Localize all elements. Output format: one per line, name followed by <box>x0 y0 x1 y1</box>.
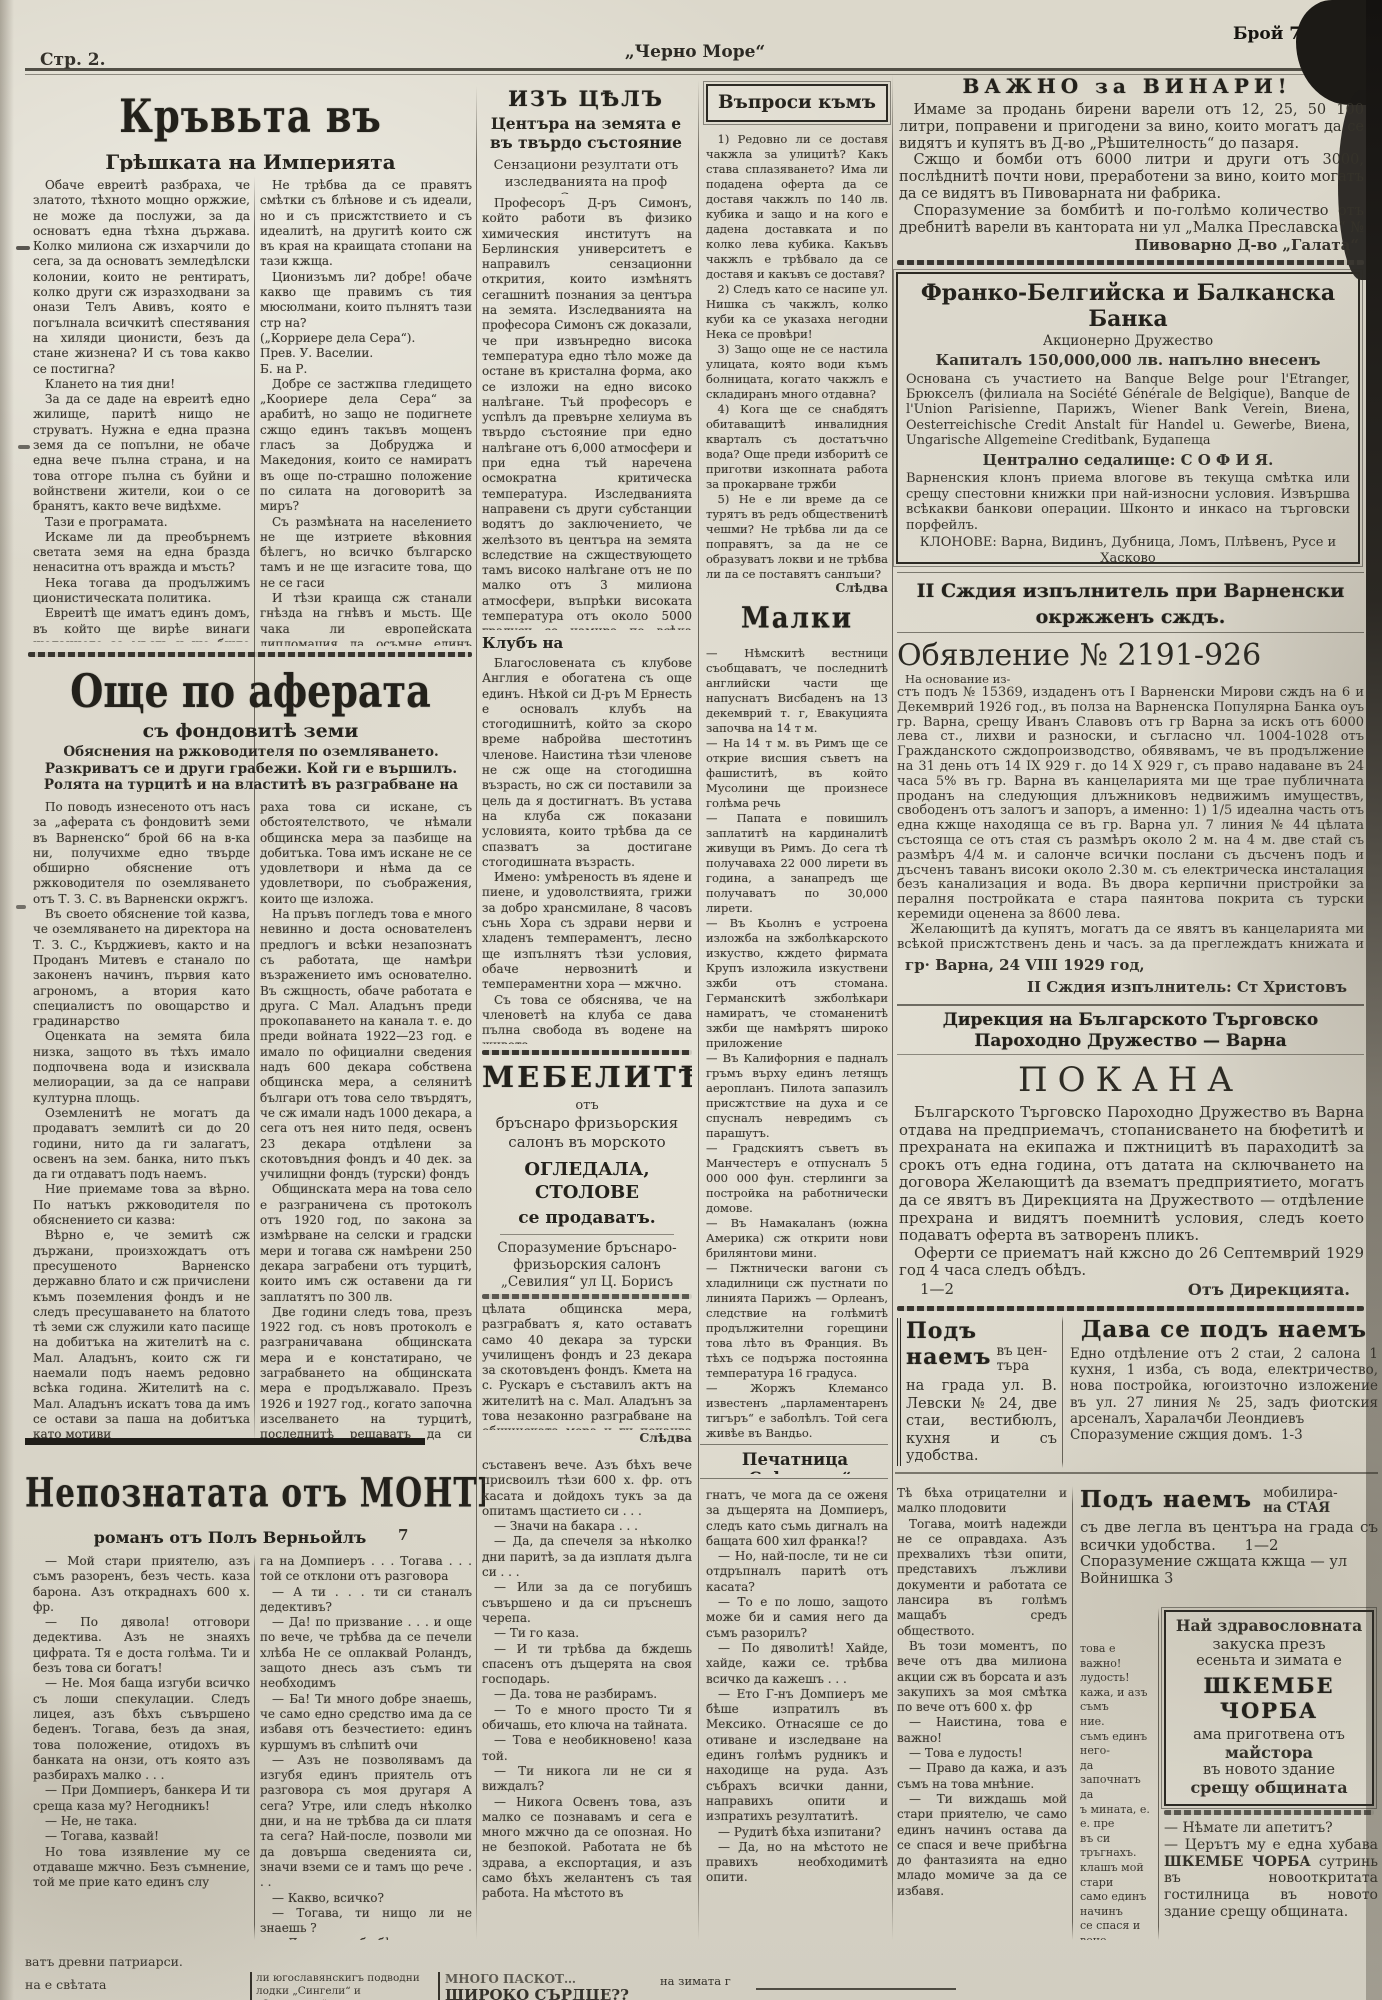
bottom-strip-right: на зимата г <box>660 1974 750 1990</box>
furniture-ad-line1: отъ <box>482 1098 692 1114</box>
rule <box>700 1478 888 1479</box>
bottom-strip-box: ли югославянскигъ подводни лодки „Сингел… <box>250 1972 440 2000</box>
rule <box>756 1988 956 1990</box>
column-rule <box>892 74 893 1940</box>
column-rule <box>254 176 255 1444</box>
world-subhead: Центъра на земята е въ твърдо състояние <box>480 114 692 156</box>
rent-ad-2-note: Споразумение сжщия домъ. 1-3 <box>1070 1427 1378 1443</box>
column-rule <box>698 80 699 1940</box>
rent-ad-3-side-1: мобилира- <box>1263 1486 1338 1501</box>
notice-body: стъ подъ № 15369, издаденъ отъ I Варненс… <box>897 686 1364 954</box>
affair-article-column-2: раха това си искане, съ обстоятелството,… <box>260 800 472 1444</box>
column-rule <box>1072 1486 1073 1940</box>
rent-ad-1-title: Подъ наемъ <box>906 1318 991 1370</box>
invitation-body: Българското Търговско Пароходно Дружеств… <box>899 1104 1364 1276</box>
rule <box>897 1054 1364 1055</box>
questions-box-title: Въпроси къмъ кмета <box>706 84 888 122</box>
column-rule <box>1062 1316 1063 1468</box>
column-rule <box>1158 1608 1159 1940</box>
rent-ad-1: Подъ наемъ въ цен- търа на града ул. В. … <box>897 1318 1057 1466</box>
scan-edge-left <box>0 0 14 2000</box>
bottom-strip-center-2: ШИРОКО СЪРДЦЕ?? <box>445 1986 645 2000</box>
world-deck: Сензациони резултати отъ изследванията н… <box>480 158 692 194</box>
bank-branches: КЛОНОВЕ: Варна, Видинъ, Дубница, Ломъ, П… <box>906 535 1350 564</box>
affair-article-column-1: По поводъ изнесеното отъ насъ за „аферат… <box>33 800 250 1444</box>
invitation-footer-ref: 1—2 <box>920 1280 1020 1300</box>
bank-hq: Централно седалище: С О Ф И Я. <box>906 451 1350 469</box>
rent-ad-1-side: въ цен- търа <box>996 1344 1047 1374</box>
novel-column-6: това е важно! лудость! кажа, и азъ съмъ … <box>1080 1642 1156 1940</box>
novel-column-3: съставенъ вече. Азъ бѣхъ вече присвоилъ … <box>482 1458 692 1940</box>
rent-ad-3-body: съ две легла въ центъра на града съ всич… <box>1080 1518 1378 1554</box>
furniture-ad-items: ОГЛЕДАЛА, СТОЛОВЕ ОМИВАЛНИЦИ и др. <box>482 1158 692 1206</box>
rent-ad-3-body-text: съ две легла въ центъра на града съ всич… <box>1080 1518 1378 1554</box>
soup-ad-line1: Най здравословната <box>1172 1616 1366 1635</box>
centenarians-club-header: Клубъ на стогодишнитѣ <box>482 634 692 654</box>
bank-ad-box: Франко-Белгийска и Балканска Банка Акцио… <box>896 272 1360 564</box>
soup-ad-box: Най здравословната закуска презъ есеньта… <box>1164 1610 1374 1806</box>
rent-ad-2: Дава се подъ наемъ Едно отдѣление отъ 2 … <box>1070 1316 1378 1466</box>
rule <box>897 572 1364 573</box>
rent-ad-1-body: на града ул. В. Левски № 24, две стаи, в… <box>906 1378 1057 1466</box>
invitation-title: ПОКАНА <box>897 1060 1364 1102</box>
soup-ad-line2: закуска презъ <box>1172 1635 1366 1653</box>
rule <box>897 1004 1364 1006</box>
rule <box>897 632 1364 633</box>
soup-ad-title: ШКЕМБЕ ЧОРБА <box>1172 1673 1366 1723</box>
ad-divider <box>482 1294 692 1299</box>
winemakers-ad-signature: Пивоварно Д-во „Галата“ <box>899 236 1359 256</box>
notice-intro-side: На основание из- пълнителния ли- <box>905 673 1010 684</box>
rent-ad-3: Подъ наемъ мобилира-на СТАЯ съ две легла… <box>1080 1486 1378 1604</box>
invitation-org-header: Дирекция на Българското Търговско Парохо… <box>897 1010 1364 1052</box>
blood-article-subtitle: Грѣшката на Империята <box>28 150 473 172</box>
soup-ad-line4: ама приготвена отъ <box>1172 1727 1366 1743</box>
soup-text-pre: — Нѣмате ли апетитъ? — Церътъ му е една … <box>1164 1820 1378 1853</box>
ad-divider <box>482 1050 692 1055</box>
notice-title: Обявление № 2191-926 <box>897 638 1261 673</box>
margin-mark-1 <box>16 246 30 250</box>
rent-ad-2-ref: 1-3 <box>1281 1427 1303 1443</box>
winemakers-ad-title: ВАЖНО за ВИНАРИ! <box>897 74 1357 100</box>
bank-title: Франко-Белгийска и Балканска Банка <box>906 280 1350 332</box>
column-rule <box>254 1554 255 1940</box>
rent-ad-2-body: Едно отдѣление отъ 2 стаи, 2 салона 1 ку… <box>1070 1346 1378 1427</box>
printer-line: Печатница „Свѣтлина“ <box>700 1450 890 1474</box>
bank-subtitle: Акционерно Дружество <box>906 333 1350 349</box>
bottom-strip-left: ватъ древни патриарси. на е свѣтата <box>25 1950 235 2000</box>
rule <box>700 1444 888 1445</box>
rent-ad-2-note-text: Споразумение сжщия домъ. <box>1070 1427 1272 1443</box>
questions-body: 1) Редовно ли се доставя чакжла за улици… <box>706 132 888 578</box>
furniture-ad-sale-line: се продаватъ. <box>482 1208 692 1230</box>
soup-ad-line7: срещу общината <box>1172 1778 1366 1797</box>
novel-chapter-number: 7 <box>398 1526 422 1546</box>
bank-capital: Капиталъ 150,000,000 лв. напълно внесенъ <box>906 351 1350 369</box>
rent-ad-3-side: мобилира-на СТАЯ <box>1263 1486 1338 1516</box>
soup-ad-line5: майстора <box>1172 1743 1366 1762</box>
rent-ad-3-side-2: на СТАЯ <box>1263 1500 1330 1516</box>
margin-mark-2 <box>18 445 30 449</box>
ad-divider <box>897 1306 1364 1311</box>
winemakers-ad-body: Имаме за продань бирени варели отъ 12, 2… <box>899 102 1364 234</box>
short-news-header: Малки вести <box>706 602 888 642</box>
blood-article-column-1: Обаче евреитѣ разбраха, че златото, тѣхн… <box>33 178 250 642</box>
world-section-header: ИЗЪ ЦѢЛЪ СВѢТЪ <box>480 86 692 112</box>
rent-ad-3-title: Подъ наемъ <box>1080 1486 1252 1513</box>
ad-inner-rule <box>500 1234 674 1235</box>
newspaper-page: Стр. 2. „Черно Море“ Брой 71, Кръвьта въ… <box>0 0 1382 2000</box>
notice-place-date: гр· Варна, 24 VIII 1929 год, <box>905 956 1225 976</box>
blood-article-column-2: Не трѣбва да се правятъ смѣтки съ блѣнов… <box>260 178 472 646</box>
margin-mark-3 <box>16 905 26 909</box>
masthead-rule <box>25 68 1382 71</box>
novel-column-4: гнатъ, че мога да се оженя за дъщерята н… <box>706 1488 888 1940</box>
centenarians-club-body: Благословената съ клубове Англия е обога… <box>482 656 692 1044</box>
novel-column-5: Тѣ бѣха отрицателни и малко плодовити То… <box>897 1486 1067 1940</box>
bottom-strip-center-1: МНОГО ПАСКОТ… <box>445 1972 645 1986</box>
notice-signature: II Сждия изпълнитель: Ст Христовъ <box>897 978 1347 998</box>
questions-to-be-continued: Слѣдва <box>706 580 888 596</box>
novel-column-1: — Мой стари приятелю, азъ съмъ разоренъ,… <box>33 1554 250 1940</box>
short-news-items: — Нѣмскитѣ вестници съобщаватъ, че после… <box>706 646 888 1442</box>
court-header: II Сждия изпълнитель при Варненски окржж… <box>897 578 1364 630</box>
ad-divider <box>1164 1810 1374 1815</box>
furniture-ad-contact: Споразумение бръснаро-фризьорския салонъ… <box>482 1240 692 1292</box>
novel-column-2: га на Домпиеръ . . . Тогава . . . той се… <box>260 1554 472 1940</box>
novel-top-bar <box>25 1438 425 1445</box>
section-divider <box>28 652 472 657</box>
bank-founders: Основана съ участието на Banque Belge po… <box>906 372 1350 448</box>
soup-ad-text: — Нѣмате ли апетитъ? — Церътъ му е една … <box>1164 1820 1378 1938</box>
affair-to-be-continued: Слѣдва <box>482 1430 692 1446</box>
furniture-ad-title: МЕБЕЛИТѢ <box>482 1060 692 1096</box>
bank-services: Варненския клонъ приема влогове въ текущ… <box>906 471 1350 533</box>
ad-divider <box>897 260 1364 265</box>
invitation-footer-signature: Отъ Дирекцията. <box>1100 1280 1350 1300</box>
furniture-ad-line2: бръснаро фризьорския салонъ въ морското … <box>482 1114 692 1154</box>
affair-article-column-3: цѣлата общинска мера, разграбватъ я, кат… <box>482 1302 692 1430</box>
rent-ad-1-ref: 1—3 <box>906 1466 1057 1467</box>
affair-article-deck: Обяснения на ржководителя по оземляванет… <box>30 744 472 794</box>
rent-ad-3-ref: 1—2 <box>1245 1536 1279 1554</box>
affair-article-subtitle: съ фондовитѣ земи <box>28 720 473 740</box>
rule <box>895 1472 1378 1474</box>
novel-byline: романъ отъ Полъ Верньойлъ <box>80 1528 380 1548</box>
soup-text-bold: ШКЕМБЕ ЧОРБА <box>1164 1854 1311 1870</box>
rent-ad-2-title: Дава се подъ наемъ <box>1070 1316 1378 1343</box>
column-rule <box>476 86 477 1940</box>
world-body: Професоръ Д-ръ Симонъ, който работи въ ф… <box>482 196 692 630</box>
masthead: „Черно Море“ <box>555 42 835 64</box>
soup-ad-line3: есеньта и зимата е <box>1172 1653 1366 1669</box>
notice-heading-row: Обявление № 2191-926 На основание из- пъ… <box>897 638 1364 684</box>
bottom-strip-center: МНОГО ПАСКОТ… ШИРОКО СЪРДЦЕ?? <box>445 1972 645 2000</box>
rent-ad-3-note: Споразумение сжщата кжща — ул Войнишка 3 <box>1080 1554 1378 1588</box>
soup-ad-line6: въ новото здание <box>1172 1762 1366 1778</box>
